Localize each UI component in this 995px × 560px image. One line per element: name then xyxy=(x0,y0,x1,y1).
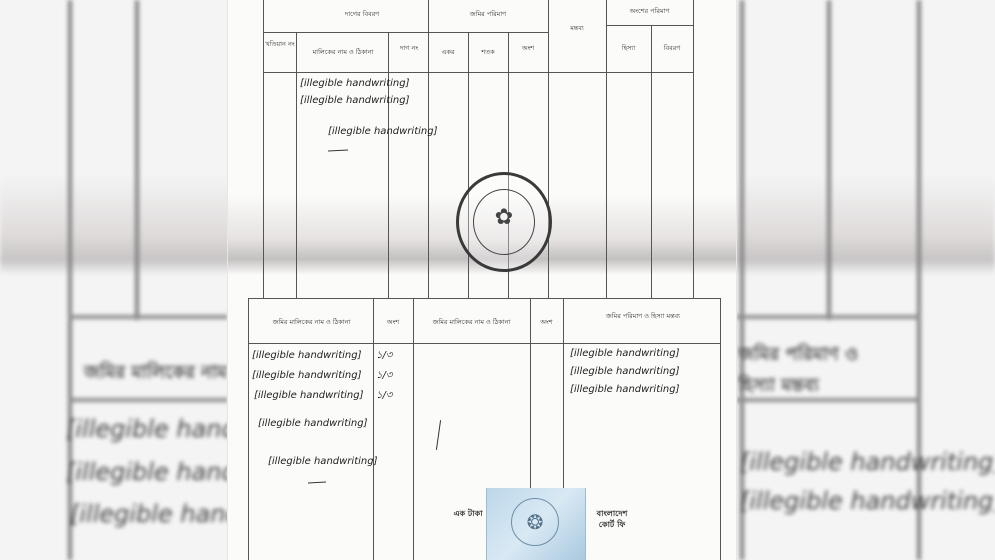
background-rule xyxy=(68,315,228,319)
table-rule xyxy=(248,298,249,560)
background-handwriting: [illegible handwriting] xyxy=(740,487,995,515)
header-decimal: শতক xyxy=(468,48,508,56)
handwritten-entry: [illegible handwriting] xyxy=(570,384,679,396)
header-share-left: অংশ xyxy=(373,318,413,326)
table-rule xyxy=(693,0,694,298)
table-rule xyxy=(263,72,693,73)
handwritten-share: ১/৩ xyxy=(376,390,392,402)
background-rule xyxy=(827,0,831,320)
revenue-stamp: ❂ xyxy=(486,488,586,560)
handwritten-share: ১/৩ xyxy=(376,350,392,362)
header-amount-remarks: জমির পরিমাণ ও হিস্যা মন্তব্য xyxy=(573,312,713,320)
handwritten-entry: [illegible handwriting] xyxy=(254,390,363,402)
document-scan: দাগের বিবরণ জমির পরিমাণ মন্তব্য অংশের পর… xyxy=(228,0,736,560)
background-header-right: জমির পরিমাণ ও হিস্যা মন্তব্য xyxy=(738,340,878,402)
background-rule xyxy=(736,315,921,319)
table-rule xyxy=(548,0,549,298)
handwritten-entry: [illegible handwriting] xyxy=(252,370,361,382)
header-acre: একর xyxy=(428,48,468,56)
background-handwriting: [illegible handwriting] xyxy=(740,448,995,476)
background-rule xyxy=(135,0,139,320)
background-rule xyxy=(740,0,744,560)
table-rule xyxy=(248,298,720,299)
handwritten-mark xyxy=(308,482,326,484)
handwritten-entry: [illegible handwriting] xyxy=(252,350,361,362)
table-rule xyxy=(263,32,548,33)
header-khatian-no: খতিয়ান নং xyxy=(264,40,296,48)
table-rule xyxy=(373,298,374,560)
table-rule xyxy=(651,25,652,298)
header-plot-no: দাগ নং xyxy=(390,44,428,52)
handwritten-entry: [illegible handwriting] xyxy=(570,348,679,360)
table-rule xyxy=(248,343,720,344)
header-owner-right: জমির মালিকের নাম ও ঠিকানা xyxy=(413,318,530,326)
handwritten-entry: [illegible handwriting] xyxy=(328,126,437,138)
handwritten-mark xyxy=(436,420,441,450)
header-description: বিবরণ xyxy=(651,44,693,52)
header-land-amount: জমির পরিমাণ xyxy=(428,10,548,18)
header-portion: অংশ xyxy=(508,44,548,52)
table-rule xyxy=(413,298,414,560)
header-owner-name: মালিকের নাম ও ঠিকানা xyxy=(298,48,388,56)
handwritten-mark xyxy=(328,149,348,151)
handwritten-entry: [illegible handwriting] xyxy=(268,456,377,468)
handwritten-entry: [illegible handwriting] xyxy=(570,366,679,378)
header-remarks: মন্তব্য xyxy=(548,24,606,32)
header-plot-details: দাগের বিবরণ xyxy=(296,10,428,18)
stamp-emblem-icon: ❂ xyxy=(511,498,559,546)
handwritten-entry: [illegible handwriting] xyxy=(258,418,367,430)
header-share-right: অংশ xyxy=(530,318,563,326)
header-owner-left: জমির মালিকের নাম ও ঠিকানা xyxy=(250,318,373,326)
handwritten-share: ১/৩ xyxy=(376,370,392,382)
handwritten-entry: [illegible handwriting] xyxy=(300,95,409,107)
official-seal: ✿ xyxy=(456,172,552,272)
header-share-amount: অংশের পরিমাণ xyxy=(606,7,693,15)
government-emblem-icon: ✿ xyxy=(459,205,549,230)
table-rule xyxy=(720,298,721,560)
table-rule xyxy=(606,25,693,26)
table-rule xyxy=(428,0,429,298)
stamp-country-label: বাংলাদেশ কোর্ট ফি xyxy=(588,508,636,530)
stamp-value-label: এক টাকা xyxy=(452,508,484,519)
header-hissa: হিস্যা xyxy=(606,44,651,52)
background-rule xyxy=(68,398,228,402)
handwritten-entry: [illegible handwriting] xyxy=(300,78,409,90)
background-rule xyxy=(917,0,921,560)
